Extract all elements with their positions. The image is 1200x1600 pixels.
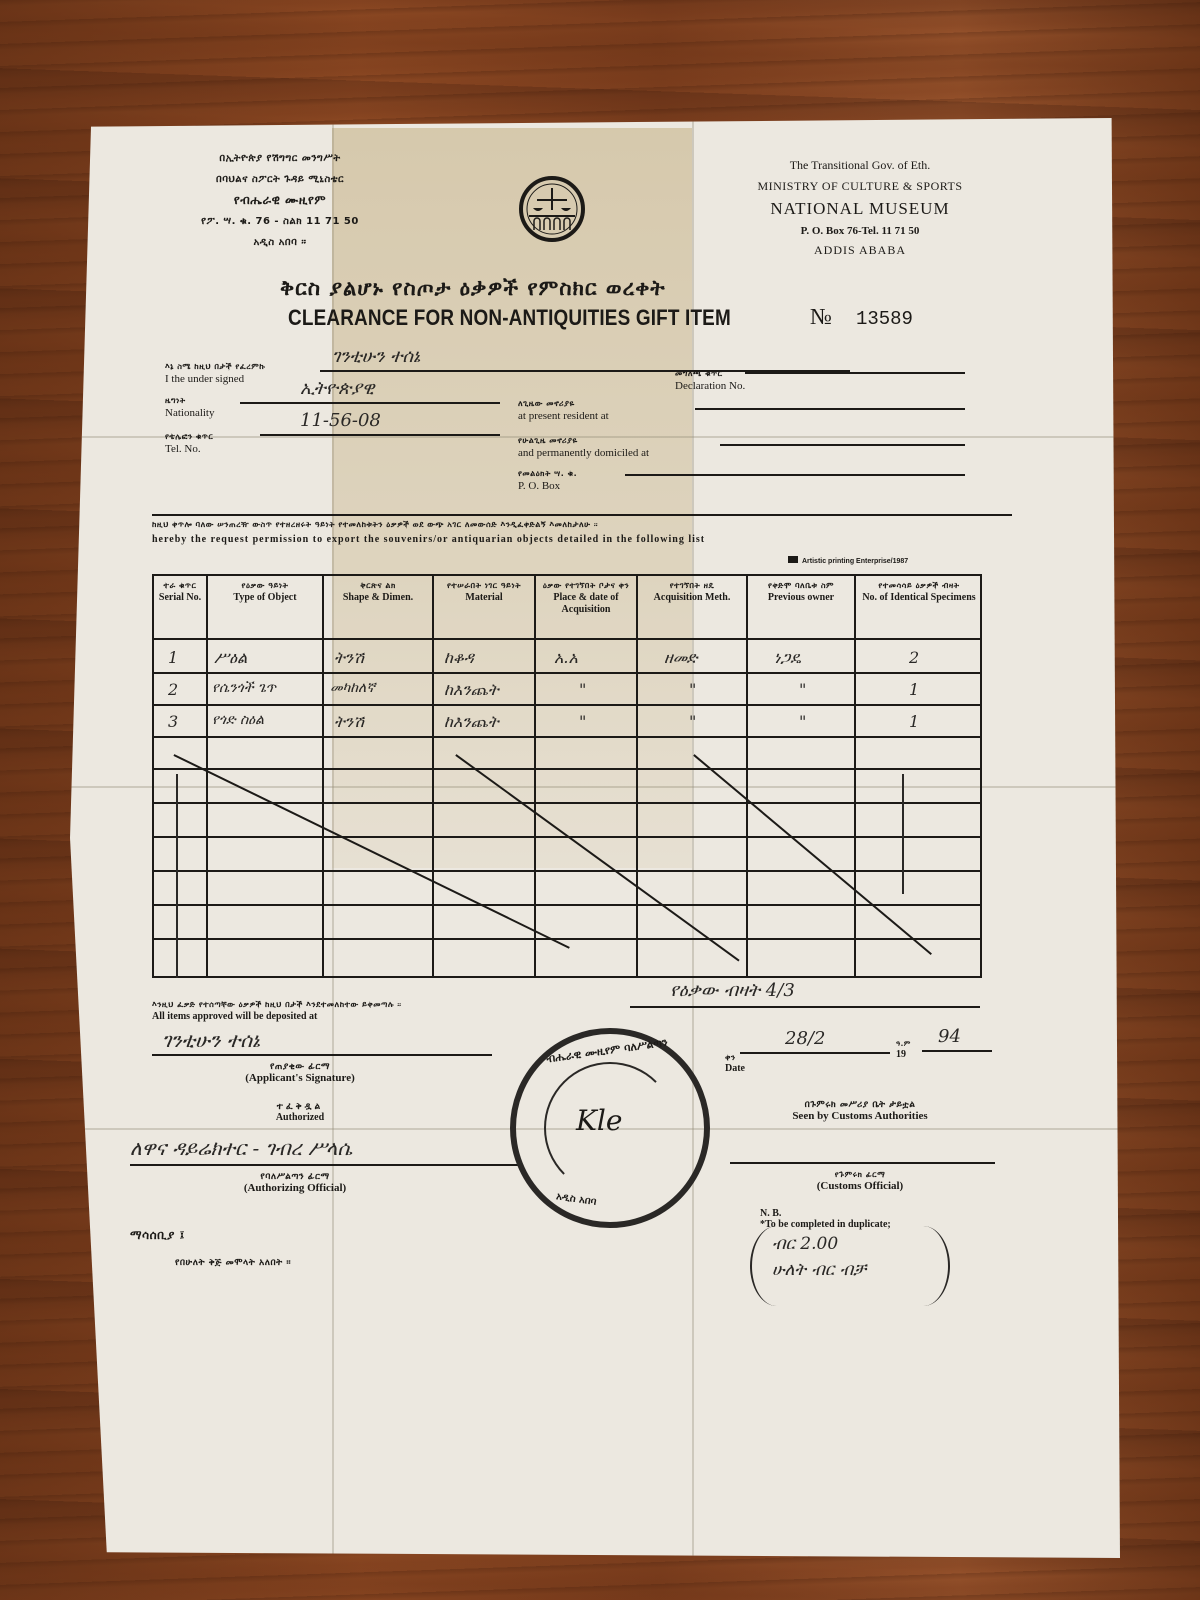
- cell-type: የጎድ ስዕል: [212, 712, 264, 728]
- void-vertical-line: [176, 774, 178, 978]
- serial-number: 13589: [856, 308, 913, 330]
- date-line: [740, 1052, 890, 1054]
- cell-serial: 1: [168, 648, 178, 667]
- header-type: የዕቃው ዓይነትType of Object: [208, 580, 322, 604]
- cell-material: ከእንጨት: [444, 680, 499, 700]
- cell-method: ": [689, 712, 696, 731]
- cell-type: የሴንጎች ጌጥ: [212, 680, 276, 696]
- cell-place-date: አ.አ: [554, 648, 578, 668]
- column-divider: [322, 576, 324, 976]
- ministry-name: MINISTRY OF CULTURE & SPORTS: [720, 179, 1000, 194]
- permanent-domicile-label: የሁልጊዜ መኖሪያዬ and permanently domiciled at: [518, 430, 649, 459]
- deposit-label-en: All items approved will be deposited at: [152, 1011, 317, 1022]
- declaration-label: መግለጫ ቁጥር Declaration No.: [675, 363, 745, 392]
- official-stamp: ብሔራዊ ሙዚየም ባለሥልጣን Kle አዲስ አበባ: [510, 1028, 710, 1228]
- cell-shape: መካከለኛ: [330, 680, 375, 696]
- nb-label: N. B.: [760, 1208, 781, 1219]
- fee-amount-words: ሁለት ብር ብቻ: [772, 1260, 928, 1280]
- nationality-line: [240, 402, 500, 404]
- header-am-line: በባህልና ስፖርት ጉዳይ ሚኒስቴር: [165, 169, 395, 190]
- printer-mark: Artistic printing Enterprise/1987: [788, 556, 908, 565]
- nationality-label: ዜግነት Nationality: [165, 390, 215, 419]
- header-left-amharic: በኢትዮጵያ የሽግግር መንግሥት በባህልና ስፖርት ጉዳይ ሚኒስቴር …: [165, 148, 395, 253]
- items-table: ተራ ቁጥርSerial No. የዕቃው ዓይነትType of Object…: [152, 574, 982, 978]
- column-divider: [206, 576, 208, 976]
- header-am-line: አዲስ አበባ ።: [165, 232, 395, 253]
- contact-info: P. O. Box 76-Tel. 11 71 50: [720, 225, 1000, 237]
- header-count: የተመሳሳይ ዕቃዎች ብዛትNo. of Identical Specimen…: [856, 580, 982, 604]
- header-place-date: ዕቃው የተገኘበት ቦታና ቀንPlace & date of Acquisi…: [536, 580, 636, 616]
- row-line: [154, 736, 980, 738]
- header-serial: ተራ ቁጥርSerial No.: [154, 580, 206, 604]
- column-divider: [636, 576, 638, 976]
- nationality-value[interactable]: ኢትዮጵያዊ: [300, 378, 374, 399]
- request-statement-am: ከዚህ ቀጥሎ ባለው ሠንጠረዥ ውስጥ የተዘረዘሩት ዓይነት የተመለከ…: [152, 520, 598, 530]
- void-diagonal-line: [456, 754, 740, 961]
- declaration-line[interactable]: [745, 372, 965, 374]
- year-line: [922, 1050, 992, 1052]
- header-right: The Transitional Gov. of Eth. MINISTRY O…: [720, 158, 1000, 258]
- cell-serial: 3: [168, 712, 178, 731]
- column-divider: [746, 576, 748, 976]
- reminder-text: የበሁለት ቅጅ መሞላት አለበት ።: [175, 1258, 291, 1268]
- present-resident-line[interactable]: [695, 408, 965, 410]
- divider-line: [152, 514, 1012, 516]
- reminder-heading: ማሳሰቢያ ፤: [130, 1228, 185, 1243]
- cell-place-date: ": [579, 680, 586, 699]
- row-line: [154, 870, 980, 872]
- row-line: [154, 904, 980, 906]
- clearance-document: በኢትዮጵያ የሽግግር መንግሥት በባህልና ስፖርት ጉዳይ ሚኒስቴር …: [70, 118, 1120, 1558]
- po-box-line[interactable]: [625, 474, 965, 476]
- year-value[interactable]: 94: [938, 1026, 961, 1047]
- authorized-signature[interactable]: ለዋና ዳይሬክተር - ገብረ ሥላሴ: [130, 1136, 352, 1160]
- row-line: [154, 704, 980, 706]
- applicant-signature-line: [152, 1054, 492, 1056]
- permanent-domicile-line[interactable]: [720, 444, 965, 446]
- tel-label: የቴሌፎን ቁጥር Tel. No.: [165, 426, 213, 455]
- header-material: የተሠራበት ነገር ዓይነትMaterial: [434, 580, 534, 604]
- tel-value[interactable]: 11-56-08: [300, 410, 381, 431]
- void-vertical-line: [902, 774, 904, 894]
- title-english: CLEARANCE FOR NON-ANTIQUITIES GIFT ITEM: [288, 305, 731, 331]
- void-diagonal-line: [694, 754, 932, 954]
- authorized-label: ተፈቅዷል Authorized: [220, 1102, 380, 1123]
- cell-previous-owner: ": [799, 680, 806, 699]
- void-diagonal-line: [174, 754, 570, 948]
- city-name: ADDIS ABABA: [720, 243, 1000, 258]
- header-shape: ቅርጽና ልክShape & Dimen.: [324, 580, 432, 604]
- cell-count: 1: [909, 712, 919, 731]
- cell-method: ": [689, 680, 696, 699]
- number-sign: №: [810, 304, 832, 329]
- cell-type: ሥዕል: [214, 648, 247, 668]
- year-label: ዓ.ም 19: [896, 1040, 911, 1060]
- fee-note: ብር 2.00 ሁለት ብር ብቻ: [750, 1226, 950, 1306]
- header-am-line: በኢትዮጵያ የሽግግር መንግሥት: [165, 148, 395, 169]
- cell-shape: ትንሽ: [334, 712, 364, 732]
- date-value[interactable]: 28/2: [785, 1028, 825, 1049]
- printer-square-icon: [788, 556, 798, 563]
- cell-material: ከቆዳ: [444, 648, 474, 668]
- deposit-line: [630, 1006, 980, 1008]
- column-divider: [432, 576, 434, 976]
- government-name: The Transitional Gov. of Eth.: [720, 158, 1000, 173]
- header-method: የተገኘበት ዘዴAcquisition Meth.: [638, 580, 746, 604]
- cell-previous-owner: ": [799, 712, 806, 731]
- stamp-mark: Kle: [576, 1104, 622, 1137]
- applicant-signature[interactable]: ገንቲሁን ተሰኔ: [162, 1028, 260, 1052]
- cell-material: ከእንጨት: [444, 712, 499, 732]
- institution-name: NATIONAL MUSEUM: [720, 199, 1000, 219]
- customs-official-label: የጉምሩክ ፊርማ (Customs Official): [770, 1170, 950, 1192]
- cell-serial: 2: [168, 680, 178, 699]
- header-am-line: የብሔራዊ ሙዚየም: [165, 190, 395, 211]
- row-line: [154, 768, 980, 770]
- column-divider: [534, 576, 536, 976]
- authorizing-official-label: የባለሥልጣን ፊርማ (Authorizing Official): [210, 1172, 380, 1194]
- row-line: [154, 638, 980, 640]
- column-divider: [854, 576, 856, 976]
- deposit-value[interactable]: የዕቃው ብዛት 4/3: [670, 980, 795, 1001]
- cell-method: ዘመድ: [664, 648, 697, 668]
- title-amharic: ቅርስ ያልሆኑ የስጦታ ዕቃዎች የምስክር ወረቀት: [280, 276, 666, 301]
- cell-place-date: ": [579, 712, 586, 731]
- cell-previous-owner: ነጋዴ: [774, 648, 801, 668]
- header-previous-owner: የቀድሞ ባለቤቱ ስምPrevious owner: [748, 580, 854, 604]
- authorized-signature-line: [130, 1164, 520, 1166]
- row-line: [154, 938, 980, 940]
- header-am-line: የፖ. ሣ. ቁ. 76 - ስልክ 11 71 50: [165, 211, 395, 232]
- stamp-text-bottom: አዲስ አበባ: [555, 1191, 597, 1208]
- applicant-label: የጠያቂው ፊርማ (Applicant's Signature): [220, 1062, 380, 1084]
- tel-line: [260, 434, 500, 436]
- cell-count: 2: [909, 648, 919, 667]
- serial-number-block: №13589: [810, 304, 913, 330]
- scales-emblem-icon: [517, 174, 587, 244]
- date-label: ቀን Date: [725, 1053, 745, 1074]
- deposit-label-am: እንዚህ ፈቃድ የተሰጣቸው ዕቃዎች ከዚህ በታች እንደተመለከተው ይ…: [152, 1000, 402, 1010]
- row-line: [154, 672, 980, 674]
- request-statement-en: hereby the request permission to export …: [152, 534, 705, 545]
- undersigned-label: እኔ ስሜ ከዚህ በታች የፈረምኩ I the under signed: [165, 356, 265, 385]
- cell-shape: ትንሽ: [334, 648, 364, 668]
- customs-signature-line[interactable]: [730, 1162, 995, 1164]
- cell-count: 1: [909, 680, 919, 699]
- present-resident-label: ለጊዜው መኖሪያዬ at present resident at: [518, 393, 609, 422]
- customs-label: በጉምሩክ መሥሪያ ቤት ታይቷል Seen by Customs Autho…: [750, 1100, 970, 1122]
- fee-amount: ብር 2.00: [772, 1234, 928, 1254]
- po-box-label: የመልዕክት ሣ. ቁ. P. O. Box: [518, 463, 577, 492]
- undersigned-value[interactable]: ገንቲሁን ተሰኔ: [332, 346, 420, 367]
